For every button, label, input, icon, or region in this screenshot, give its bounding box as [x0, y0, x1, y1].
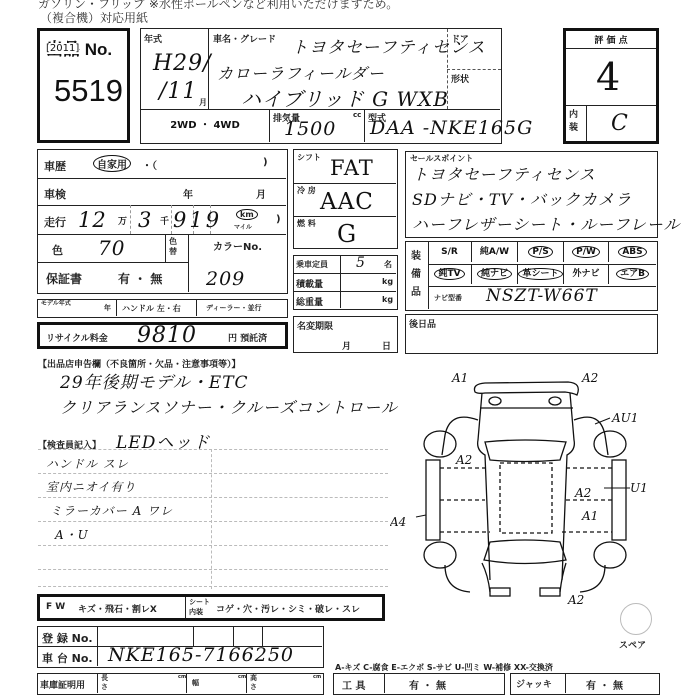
lot-number: 5519: [54, 73, 123, 109]
inspection-year-label: 年: [183, 186, 193, 201]
navi-model-label: ナビ型番: [434, 293, 462, 303]
car-line2: カローラフィールダー: [217, 61, 385, 84]
mileage-unit-mile: マイル: [234, 222, 252, 231]
shape-label: 形状: [451, 72, 469, 85]
chassis-number: NKE165-7166250: [108, 644, 294, 666]
damage-mark-left-sill: A4: [390, 515, 406, 529]
tools-row: 工 具 有 ・ 無: [333, 673, 505, 695]
recycle-row: リサイクル料金 9810 円 預託済: [37, 322, 288, 349]
garage-height-unit: cm: [313, 674, 321, 680]
model-year-label: モデル年式: [41, 300, 71, 308]
color-label: 色: [52, 242, 63, 258]
color-no-value: 209: [206, 268, 245, 290]
seat-label: シート内装: [189, 597, 211, 617]
damage-mark-right-door: A2: [574, 486, 591, 500]
ac-value: AAC: [320, 189, 374, 215]
equipment-label: 装備品: [411, 248, 423, 302]
inspection-label: 車検: [44, 186, 66, 202]
mileage-rest: 919: [173, 208, 222, 232]
name-change-label: 名変期限: [297, 319, 333, 332]
score-label: 評 価 点: [566, 33, 656, 46]
equip-aftermarket-navi: 外ナビ: [572, 269, 599, 279]
later-items-box: 後日品: [405, 314, 658, 354]
car-name-label: 車名・グレード: [213, 32, 276, 45]
registration-label: 登 録 No.: [42, 630, 93, 646]
history-label: 車歴: [44, 158, 66, 174]
inspector-note-2: 室内ニオイ有り: [46, 478, 136, 495]
equip-power-steering: P/S: [528, 246, 552, 258]
mileage-sen: 3: [138, 208, 152, 232]
damage-mark-rear-quarter: AU1: [611, 411, 638, 425]
jack-label: ジャッキ: [516, 677, 552, 690]
warranty-options: 有 ・ 無: [118, 270, 162, 287]
spare-tire-circle: [620, 603, 652, 635]
model-year-unit: 年: [104, 303, 111, 313]
history-paren-open: ・（: [142, 157, 157, 172]
equip-abs: ABS: [618, 246, 646, 258]
equip-leather-seat: 革シート: [518, 268, 562, 280]
recycle-label: リサイクル料金: [46, 331, 108, 344]
interior-score: C: [611, 111, 629, 136]
inspector-note-1: ハンドル スレ: [46, 455, 129, 472]
shift-value: FAT: [330, 156, 374, 180]
history-paren-close: ): [263, 157, 268, 168]
name-change-box: 名変期限 月 日: [293, 316, 398, 353]
damage-mark-rear-right: A2: [581, 371, 598, 385]
inspection-month-label: 月: [256, 186, 266, 201]
sales-points-box: セールスポイント トヨタセーフティセンス SDナビ・TV・バックカメラ ハーフレ…: [405, 151, 658, 238]
tools-options: 有 ・ 無: [409, 677, 446, 692]
ac-label: 冷 房: [297, 185, 316, 196]
displacement-unit: cc: [353, 111, 361, 119]
fw-label: F W: [46, 602, 65, 612]
door-label: ドア: [451, 32, 469, 45]
seller-note-line1: 29年後期モデル・ETC: [60, 368, 249, 393]
car-damage-diagram: A1 A2 AU1 A2 A2 U1 A1 A4 A2: [390, 360, 700, 605]
name-change-month: 月: [342, 339, 351, 352]
year-era: H29/: [153, 51, 212, 76]
mileage-unit-km: km: [236, 209, 258, 220]
color-no-label: カラーNo.: [213, 238, 262, 253]
spare-label: スペア: [619, 638, 646, 651]
chassis-label: 車 台 No.: [42, 650, 93, 666]
car-line3: ハイブリッド G WXB: [241, 83, 449, 112]
warranty-label: 保証書: [46, 270, 82, 287]
equip-alloy-wheel: 純A/W: [480, 247, 509, 257]
inspector-note-3: ミラーカバー A ワレ: [50, 502, 173, 519]
fuel-value: G: [337, 220, 357, 248]
recycle-value: 9810: [137, 323, 197, 348]
sales-point-line3: ハーフレザーシート・ルーフレール: [412, 212, 680, 235]
month-label: 月: [199, 97, 207, 108]
displacement-value: 1500: [284, 118, 336, 140]
handle-label: ハンドル 左・右: [122, 303, 181, 314]
garage-length-label: 長さ: [101, 674, 109, 692]
history-circled: 自家用: [93, 155, 131, 172]
fuel-label: 燃 料: [297, 218, 316, 229]
registration-box: 登 録 No. 車 台 No. NKE165-7166250: [37, 626, 324, 668]
sales-point-line2: SDナビ・TV・バックカメラ: [412, 187, 632, 210]
mileage-man-unit: 万: [118, 214, 127, 227]
equip-power-window: P/W: [572, 246, 600, 258]
gross-label: 総重量: [296, 295, 323, 308]
garage-width-unit: cm: [238, 674, 246, 680]
history-box: 車歴 自家用 ・（ ) 車検 年 月 走行 12 万 3 千 919 km マイ…: [37, 149, 288, 294]
damage-mark-right-front-door: A1: [581, 509, 598, 523]
color-repaint-label: 色替: [169, 237, 181, 257]
capacity-value: 5: [356, 255, 366, 271]
dealer-label: ディーラー・並行: [206, 303, 261, 313]
garage-length-unit: cm: [178, 674, 186, 680]
damage-mark-left-upper: A2: [455, 453, 472, 467]
model-year-row: モデル年式 年 ハンドル 左・右 ディーラー・並行: [37, 299, 288, 318]
gross-unit: kg: [382, 295, 393, 304]
later-items-label: 後日品: [409, 317, 436, 330]
jack-options: 有 ・ 無: [586, 677, 623, 692]
color-value: 70: [98, 236, 125, 260]
fw-row: F W キズ・飛石・割レX シート内装 コゲ・穴・汚レ・シミ・破レ・スレ: [37, 594, 385, 621]
tools-label: 工 具: [342, 677, 365, 692]
year-label: 年式: [144, 32, 162, 45]
damage-mark-rear-left: A1: [451, 371, 468, 385]
header-sub-line: （複合機）対応用紙: [40, 9, 148, 26]
shift-ac-fuel-box: シフト FAT 冷 房 AAC 燃 料 G: [293, 149, 398, 249]
model-code-value: DAA -NKE165G: [370, 117, 533, 139]
load-unit: kg: [382, 277, 393, 286]
equip-genuine-navi: 純ナビ: [477, 268, 512, 280]
garage-cert-row: 車庫証明用 長さ cm 幅 cm 高さ cm: [37, 673, 324, 695]
seat-options: コゲ・穴・汚レ・シミ・破レ・スレ: [216, 602, 360, 615]
capacity-label: 乗車定員: [296, 259, 328, 270]
mileage-close: ): [276, 214, 281, 225]
seller-note-line2: クリアランスソナー・クルーズコントロール: [60, 395, 398, 418]
garage-cert-label: 車庫証明用: [40, 678, 85, 691]
name-change-day: 日: [382, 339, 391, 352]
equipment-row2: 純TV 純ナビ 革シート 外ナビ エアB: [428, 264, 656, 286]
fw-options: キズ・飛石・割レX: [78, 602, 157, 615]
drive-type: 2WD ・ 4WD: [141, 109, 269, 142]
sales-point-line1: トヨタセーフティセンス: [412, 162, 596, 185]
lot-number-box: 出品 No. [2011] 5519: [37, 28, 130, 143]
score-box: 評 価 点 4 内装 C: [563, 28, 659, 144]
capacity-box: 乗車定員 5 名 積載量 kg 総重量 kg: [293, 255, 398, 310]
equipment-row1: S/R 純A/W P/S P/W ABS: [428, 242, 656, 264]
navi-model-value: NSZT-W66T: [486, 286, 598, 306]
garage-height-label: 高さ: [250, 674, 258, 692]
recycle-suffix: 円 預託済: [228, 331, 267, 344]
year-month: /11: [159, 79, 197, 104]
equip-genuine-tv: 純TV: [434, 268, 464, 280]
equipment-box: 装備品 S/R 純A/W P/S P/W ABS 純TV 純ナビ 革シート 外ナ…: [405, 241, 658, 311]
jack-row: ジャッキ 有 ・ 無: [510, 673, 660, 695]
shift-label: シフト: [297, 152, 321, 163]
mileage-label: 走行: [44, 214, 66, 230]
mileage-man: 12: [78, 208, 107, 232]
vehicle-info-box: 年式 H29/ /11 月 車名・グレード トヨタセーフティセンス カローラフィ…: [140, 28, 502, 144]
capacity-unit: 名: [384, 259, 392, 270]
score-overall: 4: [596, 55, 621, 99]
damage-legend: A-キズ C-腐食 E-エクボ S-サビ U-凹ミ W-補修 XX-交換済: [335, 662, 553, 673]
damage-mark-right-sill: U1: [630, 481, 648, 495]
lot-year-stamp: [2011]: [46, 43, 79, 54]
inspector-note-4: A・U: [55, 526, 89, 543]
mileage-sen-unit: 千: [160, 214, 169, 227]
equip-airbag: エアB: [616, 268, 649, 280]
garage-width-label: 幅: [192, 678, 199, 688]
damage-mark-front: A2: [567, 593, 584, 605]
load-label: 積載量: [296, 277, 323, 290]
interior-label: 内装: [569, 109, 581, 135]
equip-sr: S/R: [441, 247, 458, 257]
